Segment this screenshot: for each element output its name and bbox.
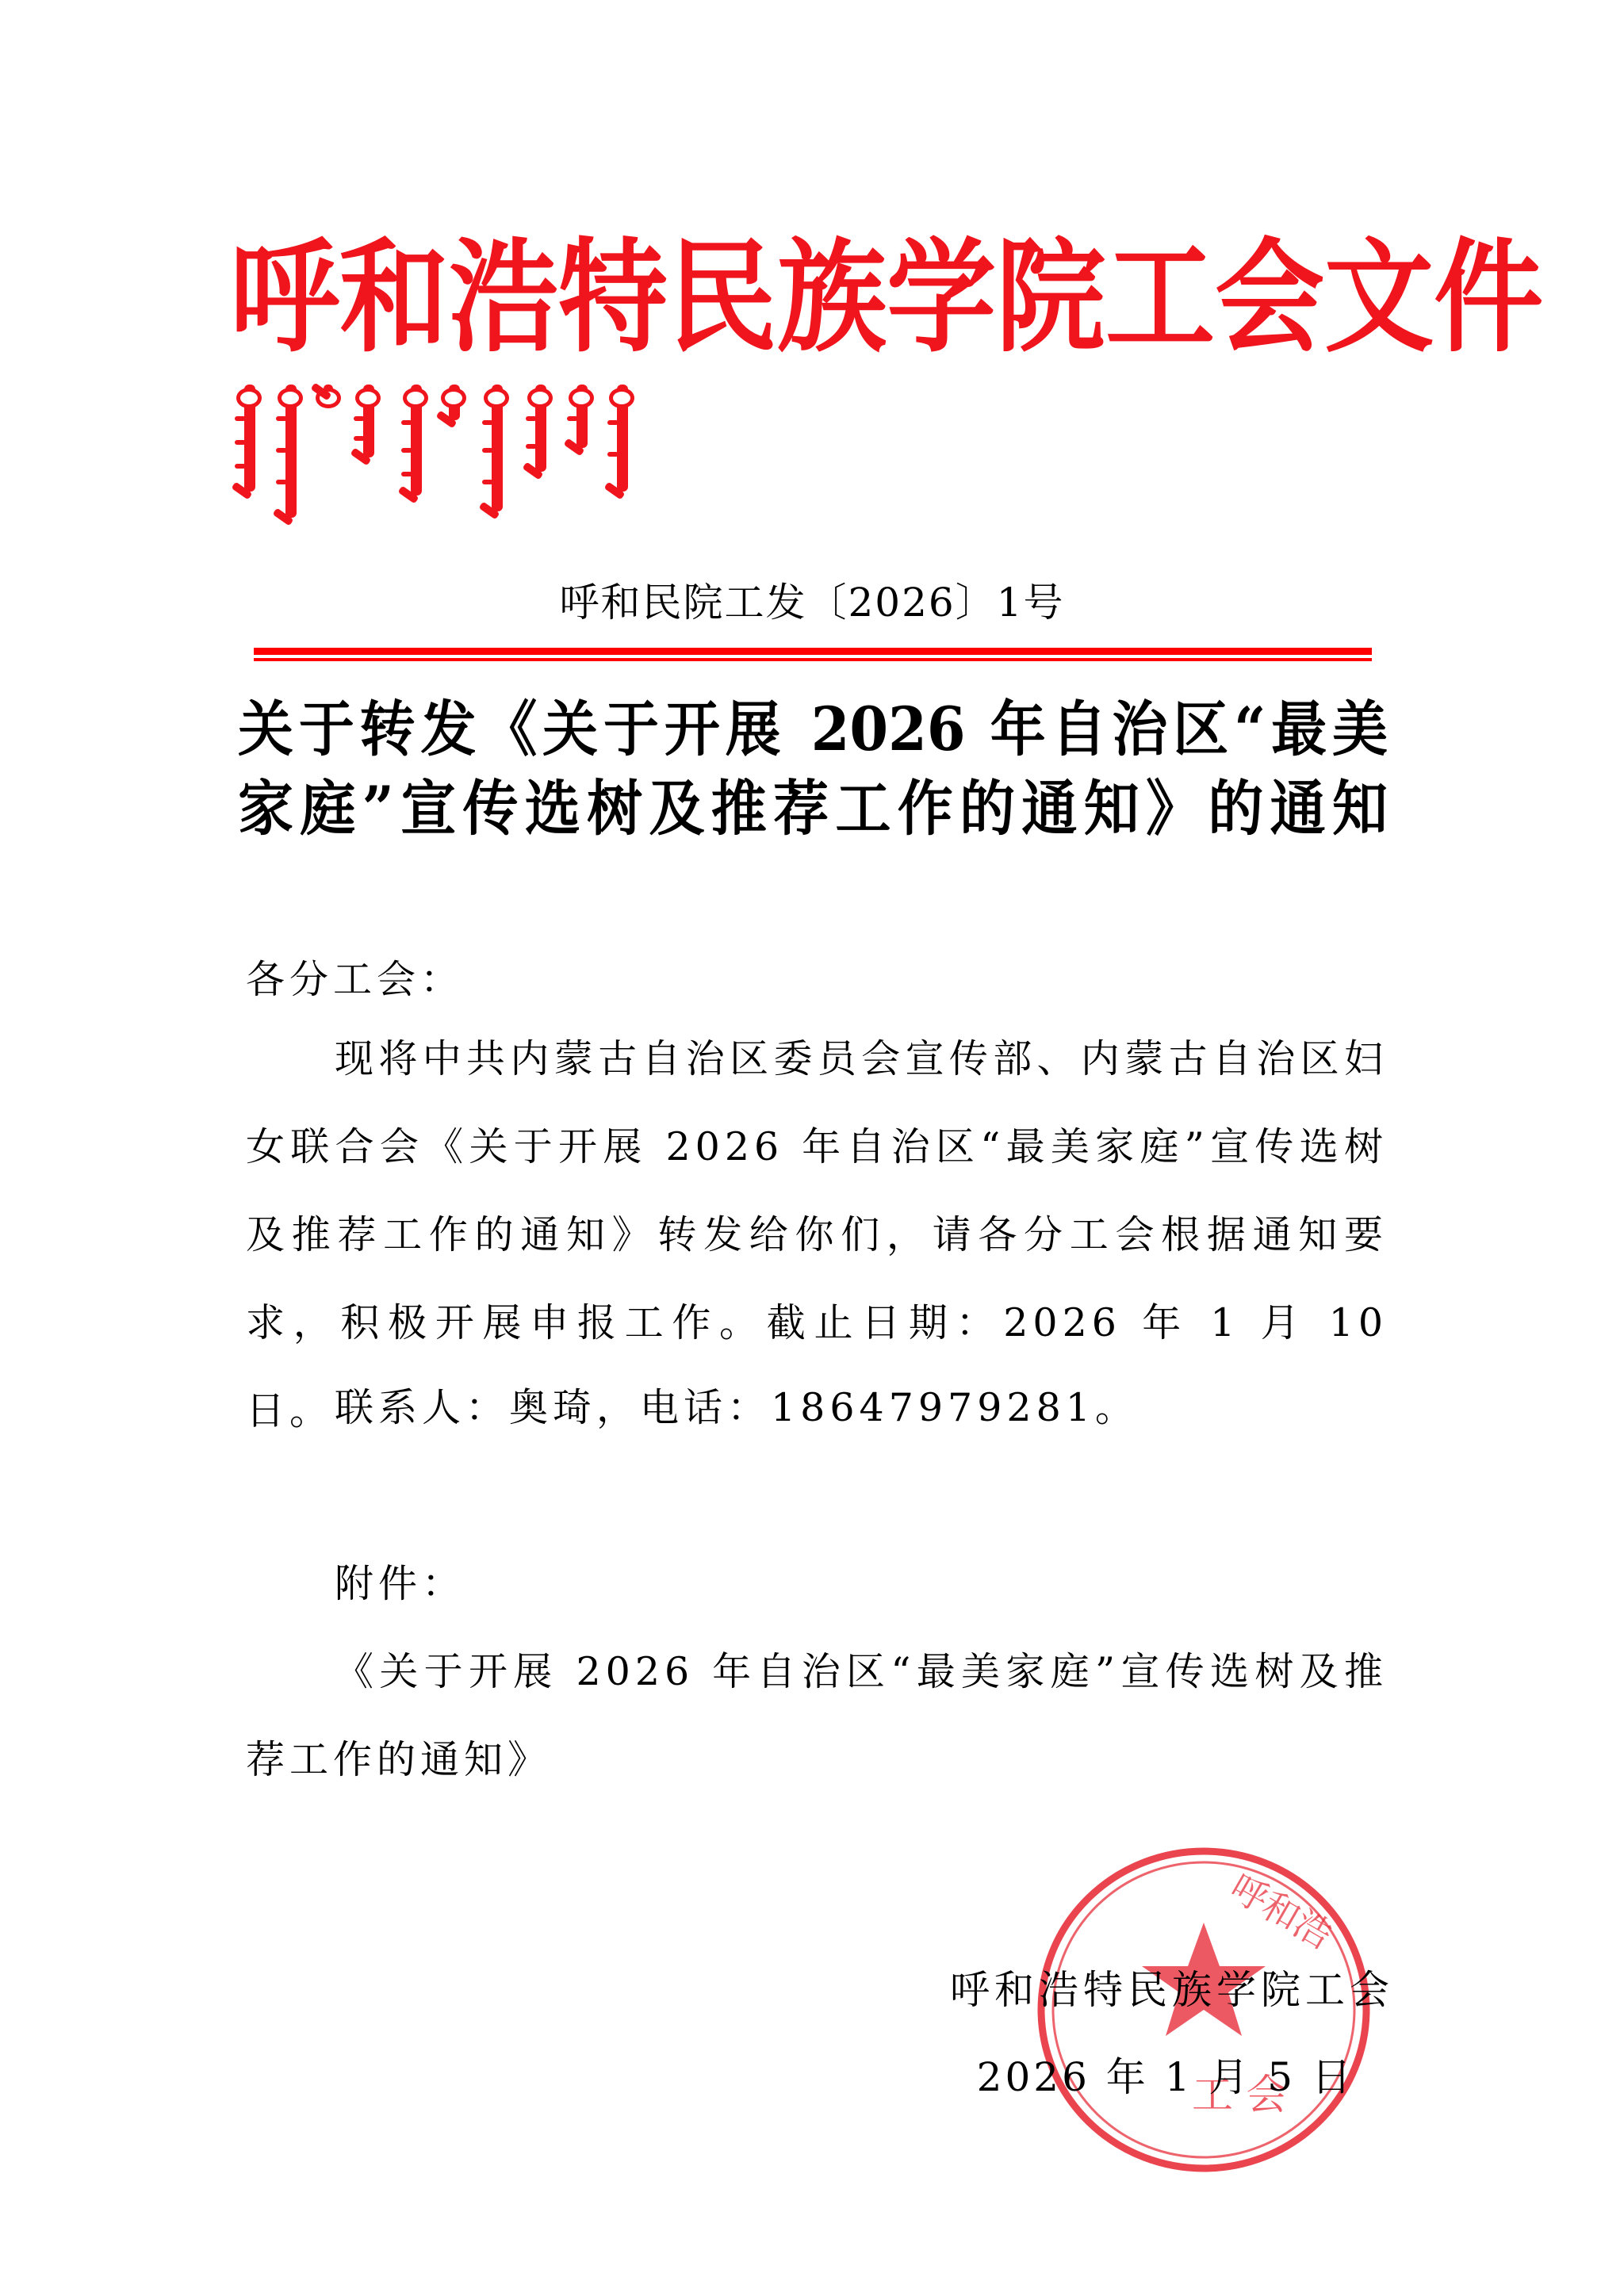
issue-date: 2026 年 1 月 5 日 bbox=[977, 2045, 1354, 2103]
title-line-1: 关于转发《关于开展 2026 年自治区“最美 bbox=[238, 687, 1388, 772]
issuer-signature: 呼和浩特民族学院工会 bbox=[950, 1958, 1394, 2015]
masthead-char: 民 bbox=[668, 236, 777, 359]
document-page: 呼 和 浩 特 民 族 学 院 工 会 文 件 呼和民院工发〔2026〕1号 关… bbox=[0, 0, 1624, 2296]
mongolian-word-glyph bbox=[324, 385, 333, 392]
mongolian-word-glyph bbox=[535, 385, 546, 472]
attachment-label: 附件： bbox=[246, 1540, 1388, 1628]
masthead-char: 呼 bbox=[230, 236, 339, 359]
header-divider-thin bbox=[254, 658, 1372, 661]
masthead-char: 族 bbox=[777, 236, 887, 359]
mongolian-word-glyph bbox=[411, 385, 422, 496]
mongolian-word-glyph bbox=[576, 385, 588, 448]
salutation: 各分工会： bbox=[246, 936, 1388, 1024]
masthead-char: 工 bbox=[1105, 236, 1215, 359]
masthead-title: 呼 和 浩 特 民 族 学 院 工 会 文 件 bbox=[230, 238, 1396, 357]
contact-line: 联系人：奥琦，电话：18647979281。 bbox=[246, 1364, 1388, 1452]
masthead-char: 学 bbox=[887, 236, 996, 359]
masthead-char: 浩 bbox=[449, 236, 558, 359]
mongolian-script-masthead bbox=[230, 385, 1396, 543]
attachment-item: 《关于开展 2026 年自治区“最美家庭”宣传选树及推荐工作的通知》 bbox=[246, 1628, 1388, 1804]
masthead-char: 院 bbox=[996, 236, 1105, 359]
title-line-2: 家庭”宣传选树及推荐工作的通知》的通知 bbox=[238, 766, 1388, 851]
masthead-char: 特 bbox=[558, 236, 668, 359]
masthead-char: 件 bbox=[1434, 236, 1543, 359]
masthead-char: 和 bbox=[339, 236, 449, 359]
mongolian-word-glyph bbox=[285, 385, 297, 518]
mongolian-word-glyph bbox=[449, 385, 460, 420]
document-title: 关于转发《关于开展 2026 年自治区“最美 家庭”宣传选树及推荐工作的通知》的… bbox=[238, 690, 1388, 848]
masthead-char: 文 bbox=[1324, 236, 1434, 359]
svg-text:呼和浩: 呼和浩 bbox=[1224, 1865, 1340, 1957]
masthead-char: 会 bbox=[1215, 236, 1324, 359]
mongolian-word-glyph bbox=[617, 385, 628, 492]
mongolian-word-glyph bbox=[492, 385, 503, 511]
mongolian-word-glyph bbox=[244, 385, 255, 492]
document-number: 呼和民院工发〔2026〕1号 bbox=[0, 571, 1624, 628]
header-divider-thick bbox=[254, 648, 1372, 655]
mongolian-word-glyph bbox=[363, 385, 374, 457]
